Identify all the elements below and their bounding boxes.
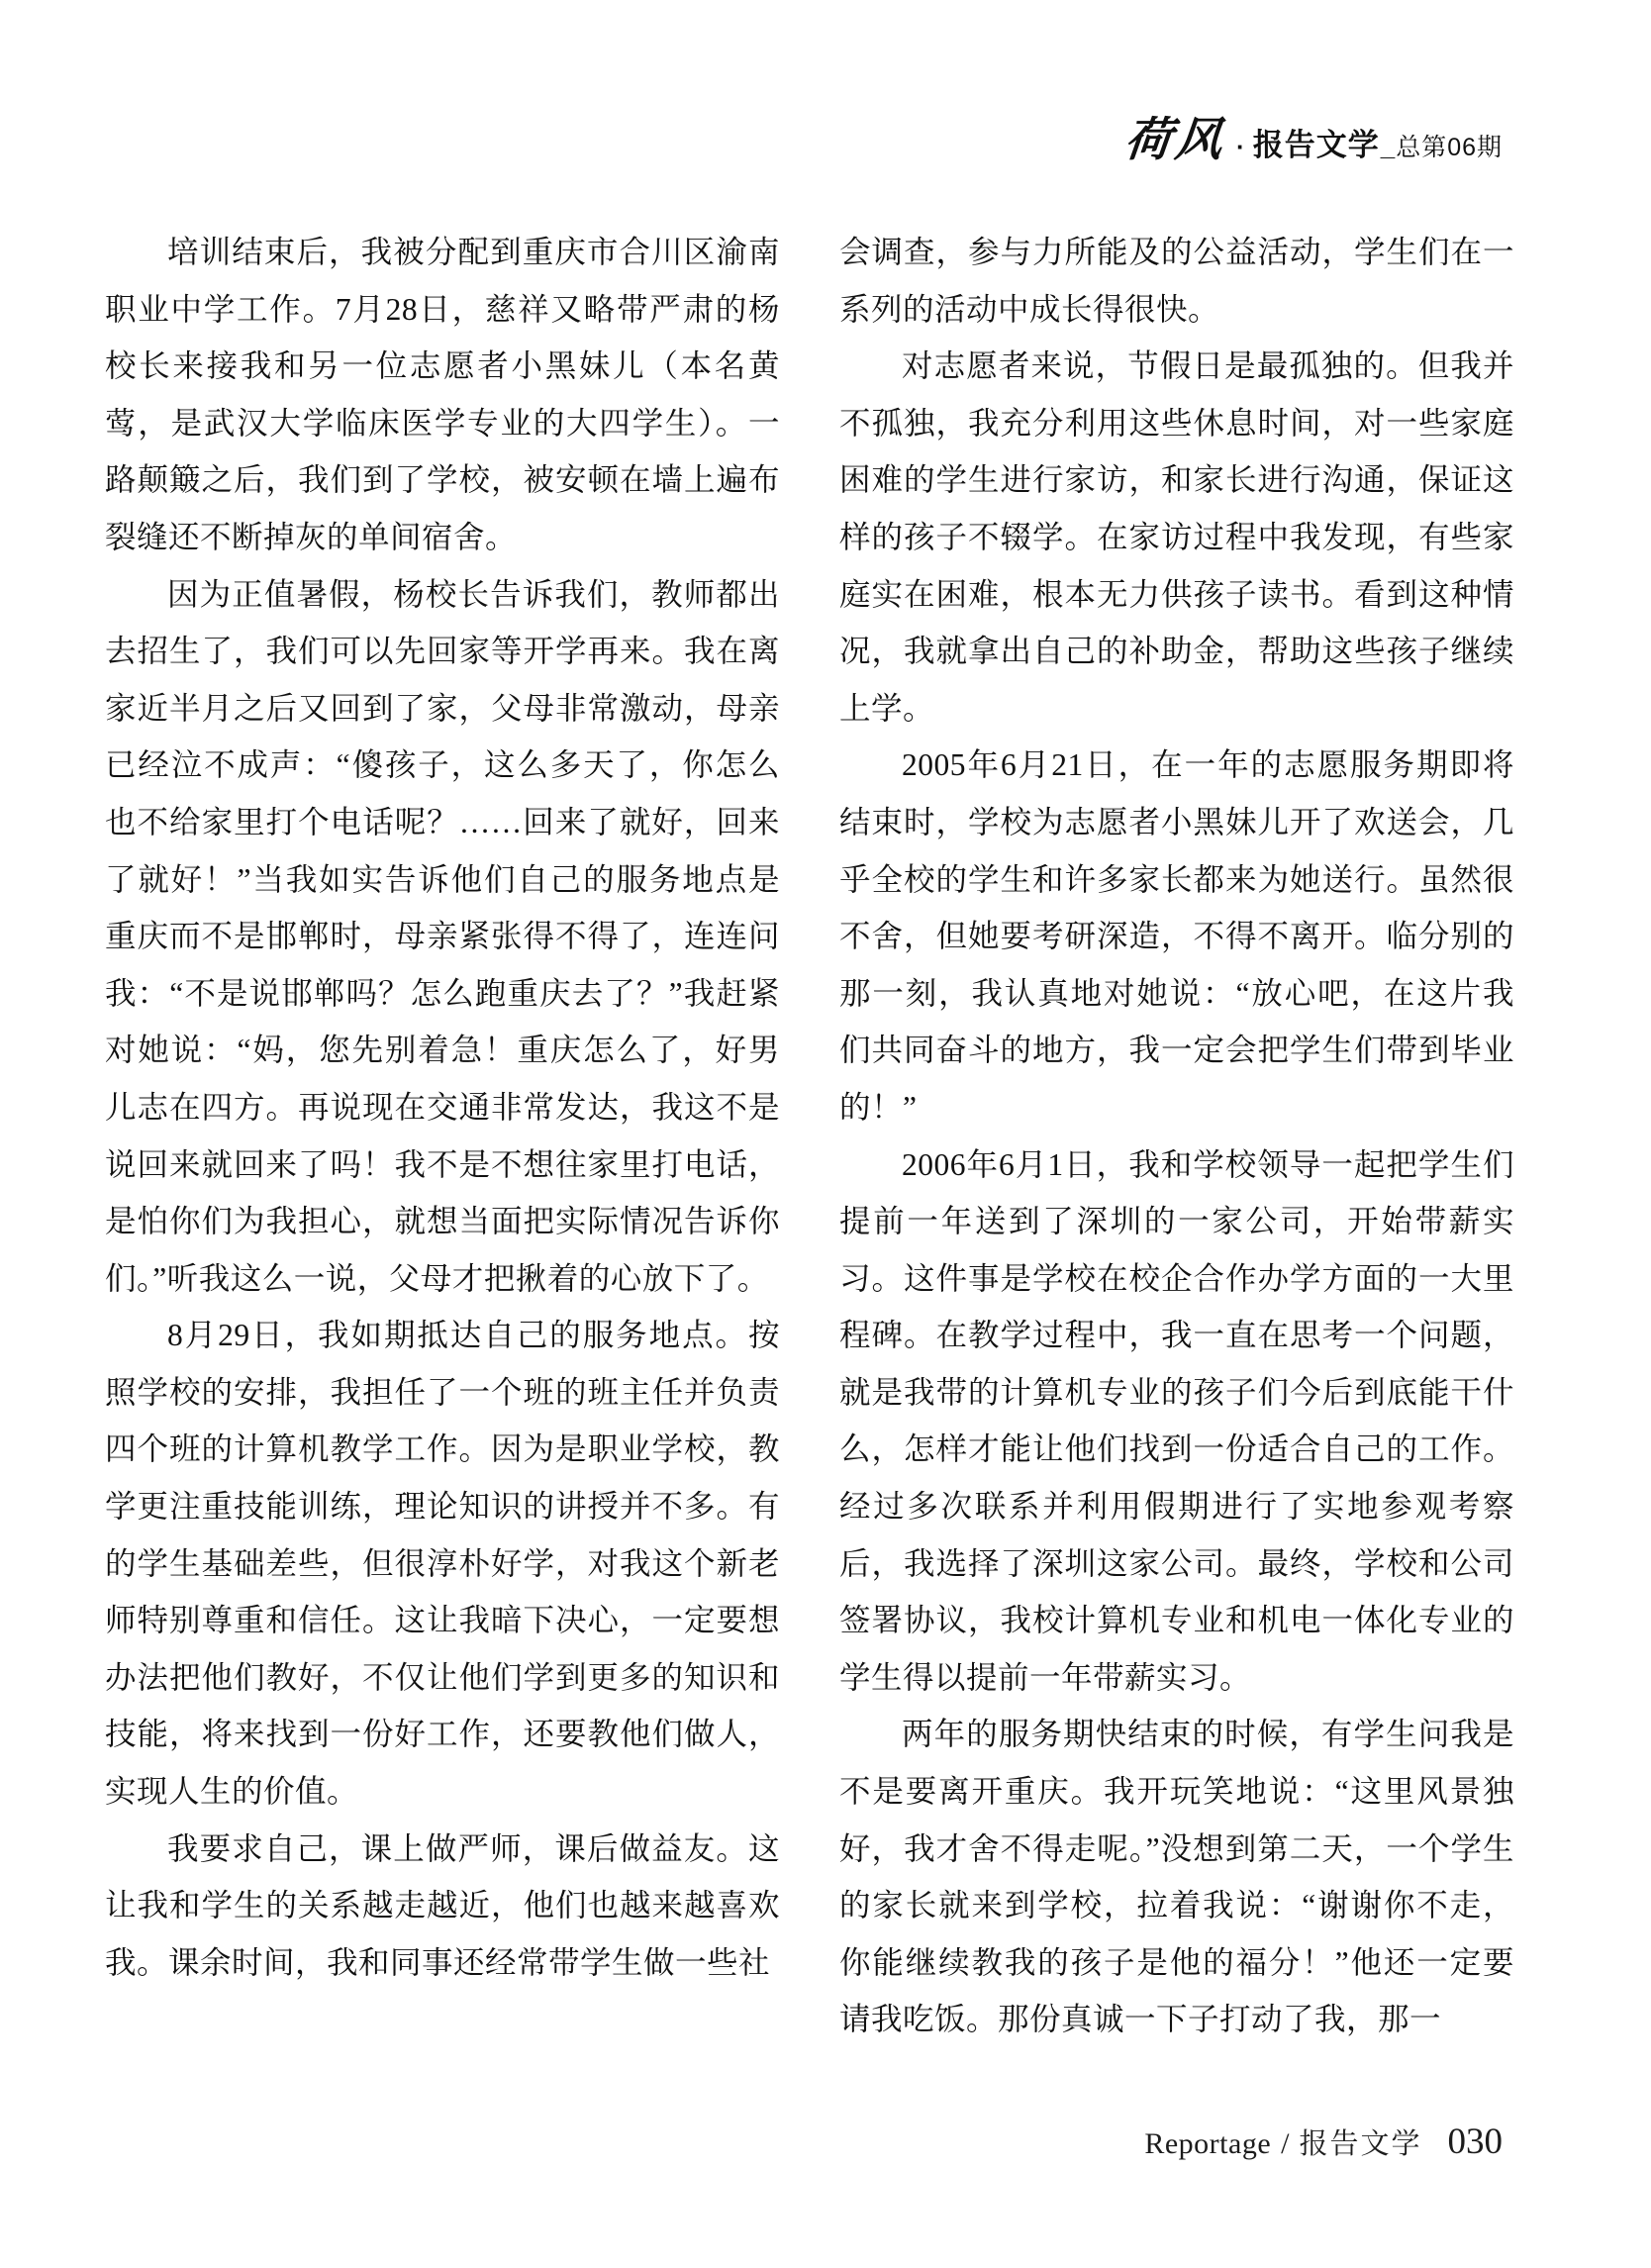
text-column-right: 会调查，参与力所能及的公益活动，学生们在一系列的活动中成长得很快。 对志愿者来说… bbox=[839, 224, 1514, 2053]
article-body: 培训结束后，我被分配到重庆市合川区渝南职业中学工作。7月28日，慈祥又略带严肃的… bbox=[105, 224, 1514, 2053]
footer-section-zh: 报告文学 bbox=[1299, 2121, 1421, 2162]
paragraph: 两年的服务期快结束的时候，有学生问我是不是要离开重庆。我开玩笑地说：“这里风景独… bbox=[839, 1706, 1514, 2048]
paragraph-continuation: 会调查，参与力所能及的公益活动，学生们在一系列的活动中成长得很快。 bbox=[839, 224, 1514, 338]
paragraph: 2006年6月1日，我和学校领导一起把学生们提前一年送到了深圳的一家公司，开始带… bbox=[839, 1136, 1514, 1707]
paragraph: 因为正值暑假，杨校长告诉我们，教师都出去招生了，我们可以先回家等开学再来。我在离… bbox=[105, 566, 780, 1308]
section-underscore: _ bbox=[1381, 132, 1395, 162]
text-column-left: 培训结束后，我被分配到重庆市合川区渝南职业中学工作。7月28日，慈祥又略带严肃的… bbox=[105, 224, 780, 2053]
paragraph: 2005年6月21日，在一年的志愿服务期即将结束时，学校为志愿者小黑妹儿开了欢送… bbox=[839, 737, 1514, 1135]
paragraph: 我要求自己，课上做严师，课后做益友。这让我和学生的关系越走越近，他们也越来越喜欢… bbox=[105, 1821, 780, 1992]
paragraph: 对志愿者来说，节假日是最孤独的。但我并不孤独，我充分利用这些休息时间，对一些家庭… bbox=[839, 338, 1514, 737]
issue-number: 总第06期 bbox=[1396, 128, 1503, 163]
page-number: 030 bbox=[1448, 2120, 1504, 2163]
footer-separator: / bbox=[1281, 2127, 1289, 2161]
section-title: 报告文学 bbox=[1253, 120, 1380, 164]
page-footer: Reportage / 报告文学 030 bbox=[1144, 2120, 1503, 2163]
magazine-logo: 荷风 bbox=[1122, 103, 1230, 169]
paragraph: 8月29日，我如期抵达自己的服务地点。按照学校的安排，我担任了一个班的班主任并负… bbox=[105, 1307, 780, 1820]
magazine-page: 荷风 · 报告文学 _ 总第06期 培训结束后，我被分配到重庆市合川区渝南职业中… bbox=[0, 0, 1651, 2268]
page-header: 荷风 · 报告文学 _ 总第06期 bbox=[1125, 103, 1503, 169]
logo-separator-dot: · bbox=[1236, 132, 1245, 162]
paragraph: 培训结束后，我被分配到重庆市合川区渝南职业中学工作。7月28日，慈祥又略带严肃的… bbox=[105, 224, 780, 566]
footer-section-en: Reportage bbox=[1144, 2127, 1271, 2161]
